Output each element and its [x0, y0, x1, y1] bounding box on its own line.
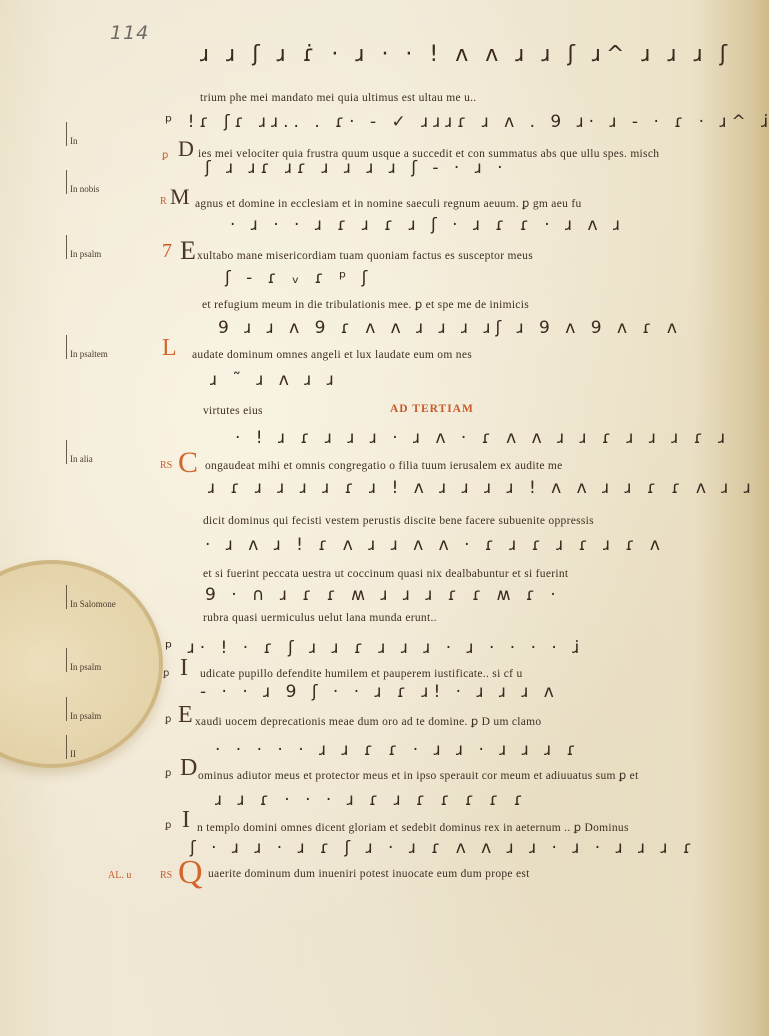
initial-letter: L — [162, 336, 177, 360]
manuscript-page: 114 In In nobis In psalm In psaltem In a… — [0, 0, 769, 1036]
neume-row: · ɹ ʌ ɹ ! ɾ ʌ ɹ ɹ ʌ ʌ · ɾ ɹ ɾ ɹ ɾ ɹ ɾ ʌ — [205, 535, 665, 555]
neume-row: · ! ɹ ɾ ɹ ɹ ɹ · ɹ ʌ · ɾ ʌ ʌ ɹ ɹ ɾ ɹ ɹ ɹ … — [235, 428, 730, 448]
rubric-mark: ꝑ — [165, 714, 171, 725]
rubric-mark: ꝑ — [165, 768, 171, 779]
initial-letter: M — [170, 186, 190, 208]
initial-letter: D — [180, 756, 197, 780]
margin-note: II — [66, 735, 76, 759]
neume-row: ɹ ɹ ʃ ɹ ɾ̇ · ɹ · · ! ʌ ᴧ ɹ ɹ ʃ ɹ^ ɹ ɹ ɹ … — [200, 42, 732, 67]
neume-row: ʃ ɹ ɹɾ ɹɾ ɹ ɹ ɹ ɹ ʃ - · ɹ · — [205, 158, 508, 178]
initial-letter: C — [178, 448, 198, 478]
neume-row: 9 · ∩ ɹ ɾ ɾ ʍ ɹ ɹ ɹ ɾ ɾ ʍ ɾ · — [205, 585, 561, 605]
margin-note: In Salomone — [66, 585, 116, 609]
chant-text-line: et refugium meum in die tribulationis me… — [202, 297, 529, 311]
chant-text-line: xultabo mane misericordiam tuam quoniam … — [197, 250, 533, 262]
neume-row: ɹ ɾ ɹ ɹ ɹ ɹ ɾ ɹ ! ʌ ɹ ɹ ɹ ɹ ! ʌ ʌ ɹ ɹ ɾ … — [208, 478, 756, 498]
rubric-mark: 7 — [162, 240, 172, 263]
neume-row: 9 ɹ ɹ ʌ 9 ɾ ʌ ʌ ɹ ɹ ɹ ɹʃ ɹ 9 ʌ 9 ʌ ɾ ʌ — [218, 318, 682, 338]
neume-row: ɹ ˜ ɹ ʌ ɹ ɹ — [210, 370, 339, 390]
chant-text-line: uaerite dominum dum inueniri potest inuo… — [208, 868, 530, 880]
chant-text-line: trium phe mei mandato mei quia ultimus e… — [200, 92, 476, 104]
margin-note: In nobis — [66, 170, 99, 194]
chant-text-line: udicate pupillo defendite humilem et pau… — [200, 668, 523, 680]
rubric-heading: AD TERTIAM — [390, 403, 474, 415]
neume-row: · ɹ · · ɹ ɾ ɹ ɾ ɹ ʃ · ɹ ɾ ɾ · ɹ ʌ ɹ — [230, 215, 625, 235]
margin-note: In psalm — [66, 235, 101, 259]
chant-text-line: rubra quasi uermiculus uelut lana munda … — [203, 612, 437, 624]
initial-letter: E — [178, 703, 193, 727]
chant-text-line: agnus et domine in ecclesiam et in nomin… — [195, 196, 582, 210]
initial-letter: I — [182, 808, 190, 832]
neume-row: ɹ ɹ ɾ · · · ɹ ɾ ɹ ɾ ɾ ɾ ɾ ɾ — [215, 790, 528, 810]
margin-note: In psaltem — [66, 335, 108, 359]
initial-letter: D — [178, 138, 194, 160]
chant-text-line: et si fuerint peccata uestra ut coccinum… — [203, 568, 568, 580]
chant-text-line: xaudi uocem deprecationis meae dum oro a… — [195, 714, 541, 728]
neume-row: ʃ - ɾ ᵥ ɾ ᵖ ʃ — [225, 268, 372, 288]
rubric-mark: R — [160, 196, 167, 207]
rubric-mark: ꝑ — [163, 668, 169, 679]
margin-note: In psalm — [66, 648, 101, 672]
neume-row: · · · · · ɹ ɹ ɾ ɾ · ɹ ɹ · ɹ ɹ ɹ ɾ — [215, 740, 581, 760]
chant-text-line: ongaudeat mihi et omnis congregatio o fi… — [205, 460, 563, 472]
folio-number: 114 — [110, 22, 149, 44]
chant-text-line: dicit dominus qui fecisti vestem perusti… — [203, 515, 594, 527]
initial-letter: I — [180, 656, 188, 680]
neume-row: ʃ · ɹ ɹ · ɹ ɾ ʃ ɹ · ɹ ɾ ʌ ʌ ɹ ɹ · ɹ · ɹ … — [190, 838, 697, 858]
initial-letter: E — [180, 238, 196, 264]
margin-note: In — [66, 122, 78, 146]
chant-text-line: audate dominum omnes angeli et lux lauda… — [192, 349, 472, 361]
rubric-mark: RS — [160, 870, 172, 881]
rubric-mark: ꝑ — [162, 150, 168, 161]
chant-text-line: n templo domini omnes dicent gloriam et … — [197, 820, 629, 834]
neume-row: ᵖ ɹ· ! · ɾ ʃ ɹ ɹ ɾ ɹ ɹ ɹ · ɹ · · · · ɹ̇ — [165, 638, 584, 658]
neume-row: - · · ɹ 9 ʃ · · ɹ ɾ ɹ! · ɹ ɹ ɹ ʌ — [200, 682, 559, 702]
chant-text-line: ominus adiutor meus et protector meus et… — [198, 768, 639, 782]
margin-note: In psalm — [66, 697, 101, 721]
initial-letter: Q — [178, 856, 203, 890]
chant-text-line: virtutes eius — [203, 405, 263, 417]
rubric-mark: RS — [160, 460, 172, 471]
neume-row: ᵖ !ɾ ʃɾ ɹɹ.. . ɾ· - ✓ ɹɹɹɾ ɹ ʌ . 9 ɹ· ɹ … — [165, 112, 769, 132]
rubric-mark: AL. u — [108, 870, 131, 881]
rubric-mark: ꝑ — [165, 820, 171, 831]
margin-note: In alia — [66, 440, 93, 464]
